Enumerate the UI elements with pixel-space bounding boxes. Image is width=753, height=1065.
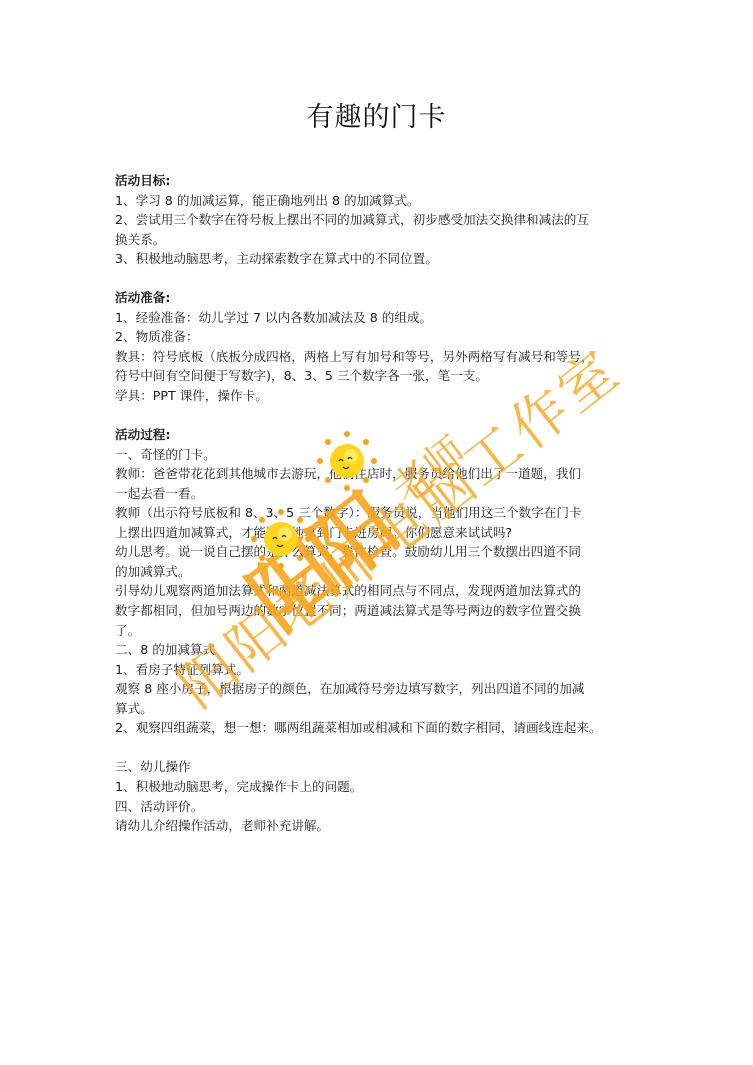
paragraph-line: 了。 (115, 621, 645, 641)
paragraph-line: 符号中间有空间便于写数字)，8、3、5 三个数字各一张，笔一支。 (115, 366, 645, 386)
paragraph-line: 算式。 (115, 699, 645, 719)
spacer (115, 406, 645, 426)
document-title: 有趣的门卡 (0, 95, 753, 134)
section-heading-goals: 活动目标: (115, 171, 645, 191)
paragraph-line: 引导幼儿观察两道加法算式和两道减法算式的相同点与不同点，发现两道加法算式的 (115, 581, 645, 601)
paragraph-line: 1、看房子特征列算式。 (115, 660, 645, 680)
paragraph-line: 学具：PPT 课件，操作卡。 (115, 386, 645, 406)
paragraph-line: 3、积极地动脑思考，主动探索数字在算式中的不同位置。 (115, 249, 645, 269)
paragraph-line: 教师：爸爸带花花到其他城市去游玩，他们住店时，服务员给他们出了一道题，我们 (115, 464, 645, 484)
spacer (115, 269, 645, 289)
paragraph-line: 换关系。 (115, 230, 645, 250)
paragraph-line: 数字都相同，但加号两边的数字位置不同；两道减法算式是等号两边的数字位置交换 (115, 601, 645, 621)
paragraph-line: 的加减算式。 (115, 562, 645, 582)
section-heading-process: 活动过程: (115, 425, 645, 445)
paragraph-line: 四、活动评价。 (115, 797, 645, 817)
paragraph-line: 教具：符号底板（底板分成四格，两格上写有加号和等号，另外两格写有减号和等号， (115, 347, 645, 367)
paragraph-line (115, 738, 645, 758)
paragraph-line: 请幼儿介绍操作活动，老师补充讲解。 (115, 816, 645, 836)
paragraph-line: 幼儿思考。说一说自己摆的是什么算式，集体检查。鼓励幼儿用三个数摆出四道不同 (115, 542, 645, 562)
section-heading-preparation: 活动准备: (115, 288, 645, 308)
paragraph-line: 二、8 的加减算式 (115, 640, 645, 660)
document-page: 有趣的门卡 活动目标: 1、学习 8 的加减运算，能正确地列出 8 的加减算式。… (0, 0, 753, 1065)
paragraph-line: 一、奇怪的门卡。 (115, 445, 645, 465)
paragraph-line: 三、幼儿操作 (115, 757, 645, 777)
paragraph-line: 1、经验准备：幼儿学过 7 以内各数加减法及 8 的组成。 (115, 308, 645, 328)
document-body: 活动目标: 1、学习 8 的加减运算，能正确地列出 8 的加减算式。 2、尝试用… (115, 171, 645, 836)
paragraph-line: 2、观察四组蔬菜，想一想：哪两组蔬菜相加或相减和下面的数字相同，请画线连起来。 (115, 718, 645, 738)
paragraph-line: 1、积极地动脑思考，完成操作卡上的问题。 (115, 777, 645, 797)
paragraph-line: 2、尝试用三个数字在符号板上摆出不同的加减算式，初步感受加法交换律和减法的互 (115, 210, 645, 230)
paragraph-line: 1、学习 8 的加减运算，能正确地列出 8 的加减算式。 (115, 191, 645, 211)
paragraph-line: 观察 8 座小房子，根据房子的颜色，在加减符号旁边填写数字，列出四道不同的加减 (115, 679, 645, 699)
paragraph-line: 一起去看一看。 (115, 484, 645, 504)
paragraph-line: 2、物质准备： (115, 327, 645, 347)
paragraph-line: 上摆出四道加减算式，才能顺利地拿到门卡进房间。你们愿意来试试吗? (115, 523, 645, 543)
paragraph-line: 教师（出示符号底板和 8、3、5 三个数字）：服务员说，当他们用这三个数字在门卡 (115, 503, 645, 523)
